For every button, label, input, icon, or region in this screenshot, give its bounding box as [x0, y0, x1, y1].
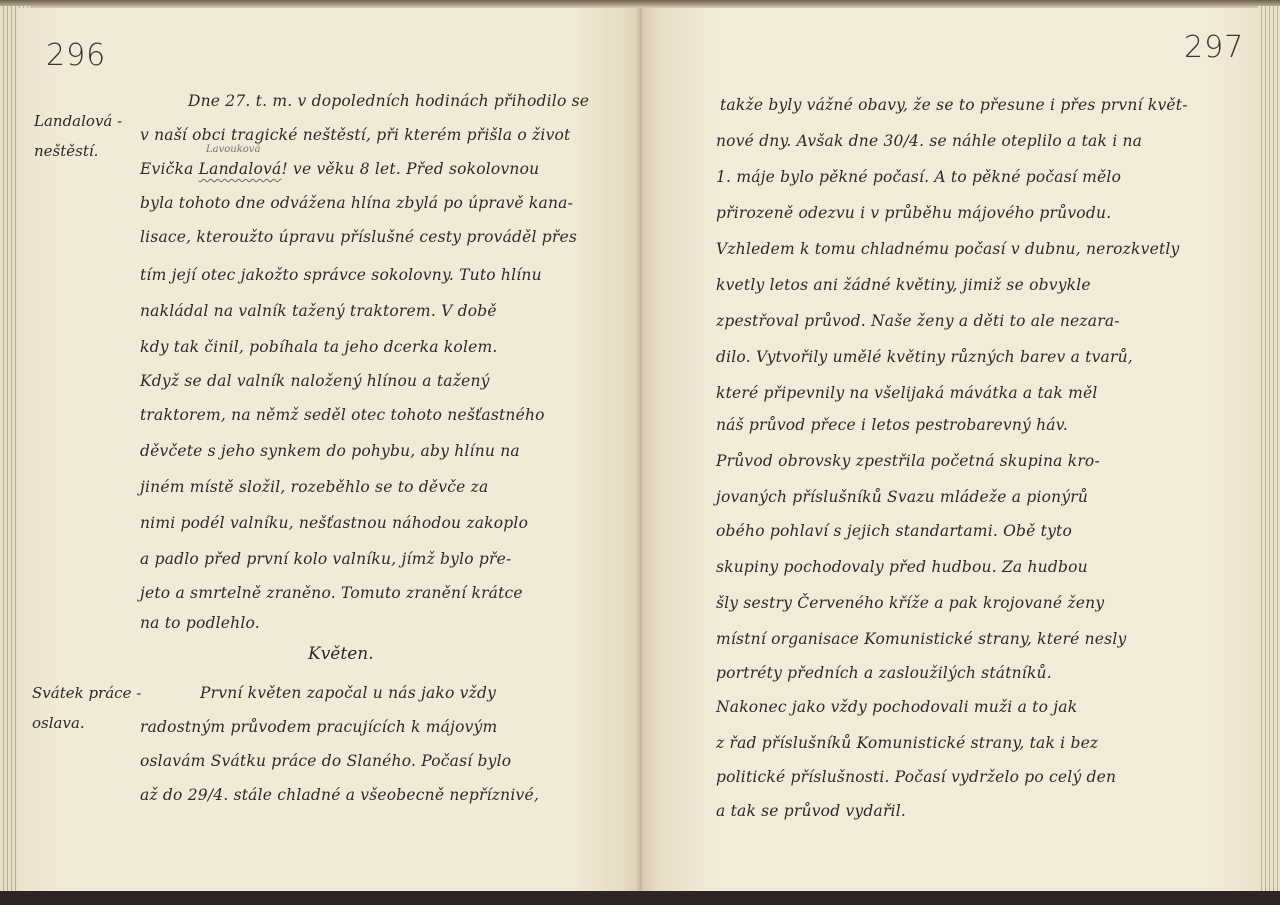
text-line: z řad příslušníků Komunistické strany, t…: [716, 734, 1098, 752]
text-line: nakládal na valník tažený traktorem. V d…: [140, 302, 497, 320]
text-line: jiném místě složil, rozeběhlo se to děvč…: [140, 478, 488, 496]
left-page: 296 Landalová - neštěstí. Svátek práce -…: [18, 8, 642, 892]
page-number-left: 296: [46, 38, 106, 73]
text-line: Nakonec jako vždy pochodovali muži a to …: [716, 698, 1077, 716]
text-line: přirozeně odezvu i v průběhu májového pr…: [716, 204, 1111, 222]
margin-note-line: oslava.: [32, 708, 141, 738]
text-line: takže byly vážné obavy, že se to přesune…: [720, 96, 1188, 114]
text-line: šly sestry Červeného kříže a pak krojova…: [716, 594, 1104, 612]
text-line: radostným průvodem pracujících k májovým: [140, 718, 497, 736]
section-heading: Květen.: [308, 644, 374, 664]
book-spread: 296 Landalová - neštěstí. Svátek práce -…: [0, 0, 1280, 905]
text-line: lisace, kteroužto úpravu příslušné cesty…: [140, 228, 577, 246]
text-line: na to podlehlo.: [140, 614, 260, 632]
text-line: portréty předních a zasloužilých státník…: [716, 664, 1052, 682]
text-line: nové dny. Avšak dne 30/4. se náhle otepl…: [716, 132, 1142, 150]
right-page: 297 takže byly vážné obavy, že se to pře…: [642, 8, 1260, 892]
underlined-name: Landalová: [199, 160, 282, 178]
margin-note-line: Landalová -: [34, 106, 122, 136]
text-line: byla tohoto dne odvážena hlína zbylá po …: [140, 194, 573, 212]
page-stack-right: [1258, 6, 1280, 898]
text-line: Průvod obrovsky zpestřila početná skupin…: [716, 452, 1100, 470]
text-line: a padlo před první kolo valníku, jímž by…: [140, 550, 511, 568]
margin-note-accident: Landalová - neštěstí.: [34, 106, 122, 166]
text-line: První květen započal u nás jako vždy: [200, 684, 496, 702]
text-line: skupiny pochodovaly před hudbou. Za hudb…: [716, 558, 1088, 576]
text-line: obého pohlaví s jejich standartami. Obě …: [716, 522, 1072, 540]
margin-note-line: Svátek práce -: [32, 678, 141, 708]
text-line: nimi podél valníku, nešťastnou náhodou z…: [140, 514, 528, 532]
margin-note-labour-day: Svátek práce - oslava.: [32, 678, 141, 738]
margin-note-line: neštěstí.: [34, 136, 122, 166]
text-line: kvetly letos ani žádné květiny, jimiž se…: [716, 276, 1091, 294]
text-line: a tak se průvod vydařil.: [716, 802, 906, 820]
text-line: zpestřoval průvod. Naše ženy a děti to a…: [716, 312, 1120, 330]
text-line: 1. máje bylo pěkné počasí. A to pěkné po…: [716, 168, 1121, 186]
text-line: dilo. Vytvořily umělé květiny různých ba…: [716, 348, 1133, 366]
text-line: až do 29/4. stále chladné a všeobecně ne…: [140, 786, 539, 804]
text-line: tím její otec jakožto správce sokolovny.…: [140, 266, 542, 284]
text-line: děvčete s jeho synkem do pohybu, aby hlí…: [140, 442, 520, 460]
text-line: v naší obci tragické neštěstí, při které…: [140, 126, 571, 144]
text-line: politické příslušnosti. Počasí vydrželo …: [716, 768, 1116, 786]
text-line: Když se dal valník naložený hlínou a taž…: [140, 372, 490, 390]
text-line: traktorem, na němž seděl otec tohoto neš…: [140, 406, 545, 424]
page-top-edge: [0, 0, 1280, 8]
text-fragment: ! ve věku 8 let. Před sokolovnou: [281, 160, 539, 178]
page-number-right: 297: [1184, 30, 1244, 65]
text-line: náš průvod přece i letos pestrobarevný h…: [716, 416, 1068, 434]
text-line: oslavám Svátku práce do Slaného. Počasí …: [140, 752, 511, 770]
text-fragment: Evička: [140, 160, 199, 178]
text-line: Evička Landalová! ve věku 8 let. Před so…: [140, 160, 539, 178]
text-line: místní organisace Komunistické strany, k…: [716, 630, 1126, 648]
text-line: Vzhledem k tomu chladnému počasí v dubnu…: [716, 240, 1180, 258]
text-line: které připevnily na všelijaká mávátka a …: [716, 384, 1098, 402]
text-line: Dne 27. t. m. v dopoledních hodinách při…: [188, 92, 589, 110]
interlinear-correction: Lavouková: [206, 144, 260, 155]
page-bottom-edge: [0, 891, 1280, 905]
text-line: jeto a smrtelně zraněno. Tomuto zranění …: [140, 584, 523, 602]
text-line: kdy tak činil, pobíhala ta jeho dcerka k…: [140, 338, 498, 356]
text-line: jovaných příslušníků Svazu mládeže a pio…: [716, 488, 1088, 506]
